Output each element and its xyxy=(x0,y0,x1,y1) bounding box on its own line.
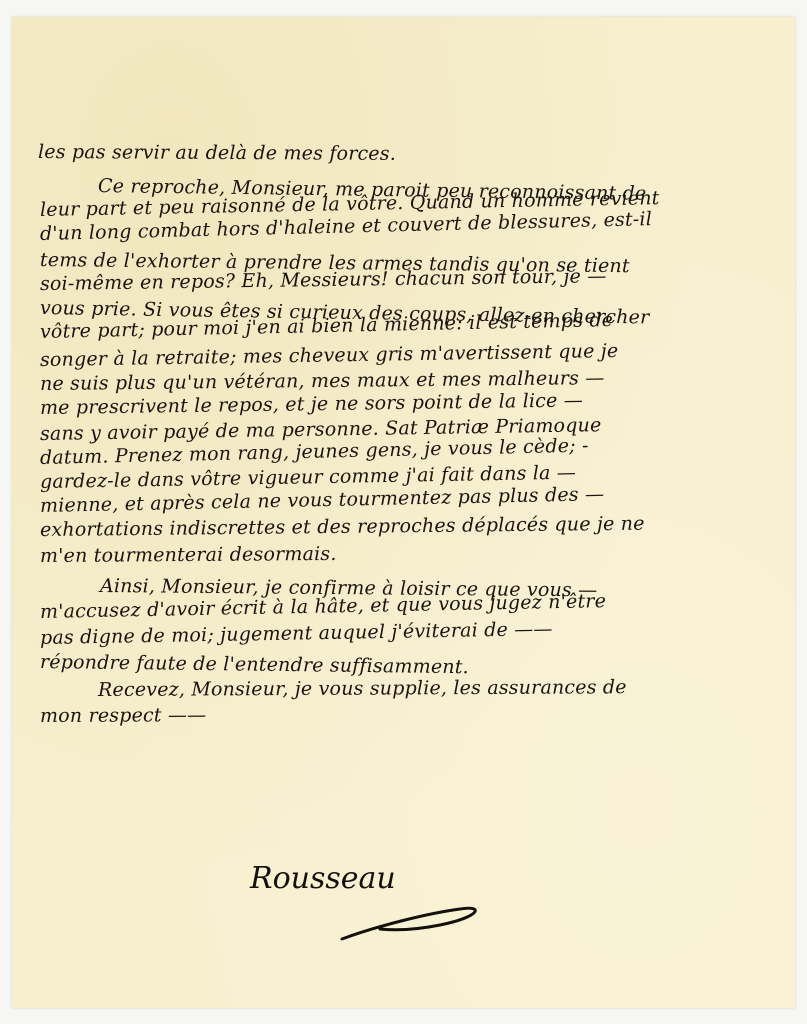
signature-flourish-icon xyxy=(340,895,490,945)
letter-paper: les pas servir au delà de mes forces. Ce… xyxy=(12,17,795,1008)
letter-line: les pas servir au delà de mes forces. xyxy=(38,141,396,165)
letter-line: m'en tourmenterai desormais. xyxy=(40,543,337,567)
signature: Rousseau xyxy=(250,861,396,896)
letter-line: songer à la retraite; mes cheveux gris m… xyxy=(40,340,619,371)
letter-line: mon respect —— xyxy=(40,704,206,727)
letter-line: exhortations indiscrettes et des reproch… xyxy=(40,513,645,541)
letter-line: pas digne de moi; jugement auquel j'évit… xyxy=(40,618,553,649)
letter-line: Recevez, Monsieur, je vous supplie, les … xyxy=(98,676,627,701)
letter-line: répondre faute de l'entendre suffisammen… xyxy=(40,651,469,678)
